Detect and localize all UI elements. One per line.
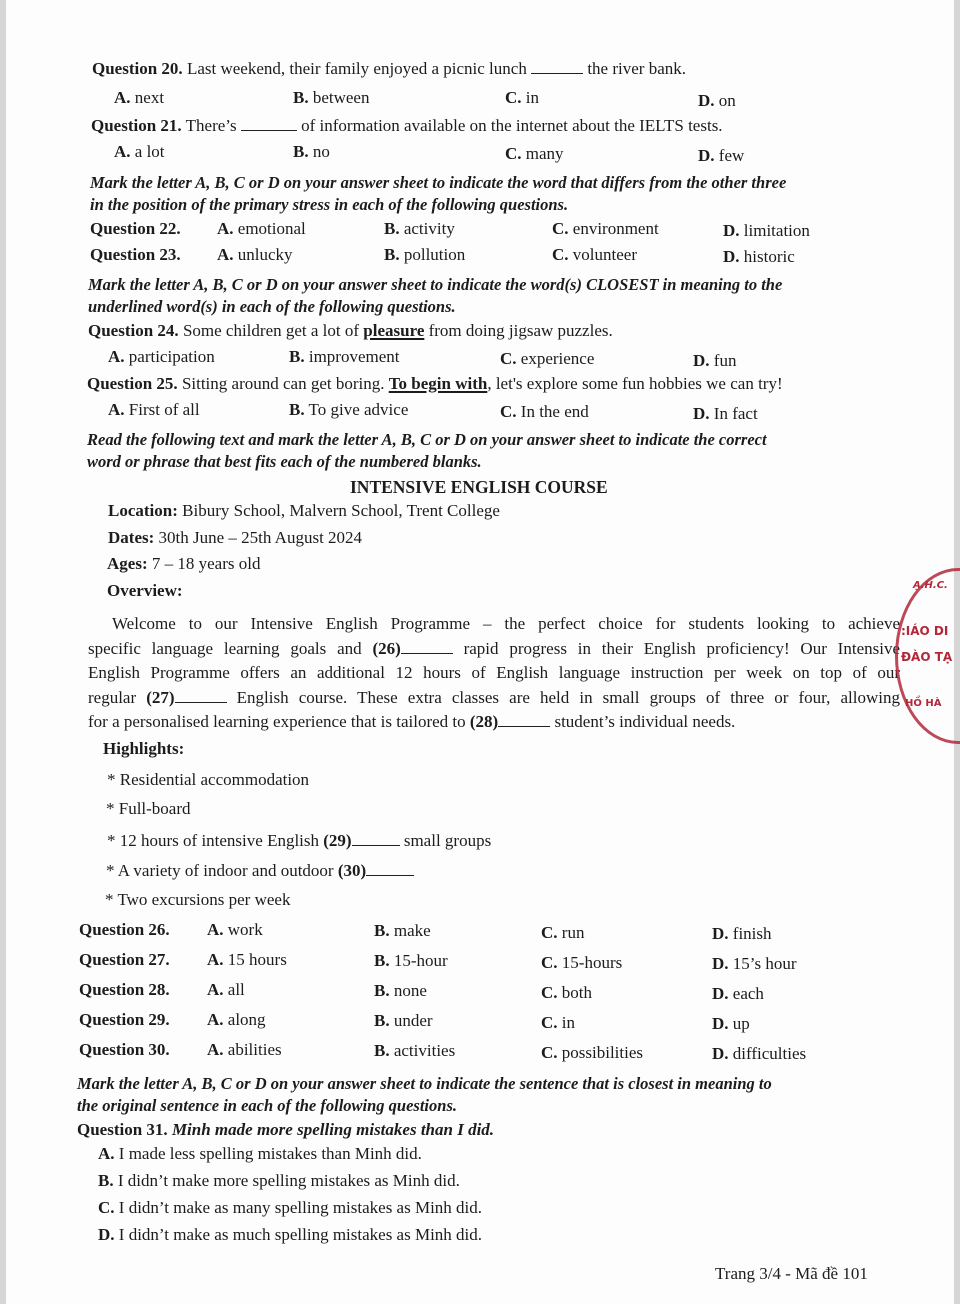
question-text: , let's explore some fun hobbies we can … <box>487 374 782 393</box>
question-label: Question 27. <box>79 950 170 970</box>
course-dates: Dates: 30th June – 25th August 2024 <box>108 528 362 548</box>
question-31: Question 31. Minh made more spelling mis… <box>77 1120 494 1140</box>
option-b: B. between <box>293 88 369 108</box>
question-28: Question 28.A. allB. noneC. bothD. each <box>6 980 954 1000</box>
option-b: B. activities <box>374 1041 455 1061</box>
option-a: A. I made less spelling mistakes than Mi… <box>98 1144 422 1164</box>
course-title: INTENSIVE ENGLISH COURSE <box>350 477 608 497</box>
option-b: B. pollution <box>384 245 465 265</box>
course-location: Location: Bibury School, Malvern School,… <box>108 501 500 521</box>
question-label: Question 31. <box>77 1120 168 1139</box>
option-d: D. up <box>712 1014 750 1034</box>
instruction-sentence: Mark the letter A, B, C or D on your ans… <box>77 1074 772 1116</box>
blank-number: (27) <box>146 688 174 707</box>
option-c: C. both <box>541 983 592 1003</box>
question-label: Question 28. <box>79 980 170 1000</box>
question-sentence: Minh made more spelling mistakes than I … <box>172 1120 494 1139</box>
answer-blank <box>241 116 297 131</box>
highlight-item: * Two excursions per week <box>105 890 290 910</box>
option-b: B. 15-hour <box>374 951 448 971</box>
blank-number: (29) <box>323 831 351 850</box>
question-20: Question 20. Last weekend, their family … <box>92 59 686 79</box>
option-c: C. experience <box>500 349 594 369</box>
option-c: C. in <box>505 88 539 108</box>
option-a: A. all <box>207 980 245 1000</box>
overview-line: for a personalised learning experience t… <box>88 710 900 735</box>
official-stamp: Ạ.H.C. :IÁO DI ĐÀO TẠ HỒ HÀ <box>895 568 960 738</box>
answer-blank <box>175 688 227 703</box>
instruction-stress: Mark the letter A, B, C or D on your ans… <box>90 173 786 215</box>
question-label: Question 24. <box>88 321 179 340</box>
option-b: B. none <box>374 981 427 1001</box>
question-text: from doing jigsaw puzzles. <box>429 321 613 340</box>
option-d: D. 15’s hour <box>712 954 797 974</box>
course-ages: Ages: 7 – 18 years old <box>107 554 260 574</box>
answer-blank <box>401 639 453 654</box>
overview-line: Welcome to our Intensive English Program… <box>88 612 900 637</box>
option-b: B. I didn’t make more spelling mistakes … <box>98 1171 460 1191</box>
question-27: Question 27.A. 15 hoursB. 15-hourC. 15-h… <box>6 950 954 970</box>
option-b: B. under <box>374 1011 433 1031</box>
option-a: A. unlucky <box>217 245 293 265</box>
question-29: Question 29.A. alongB. underC. inD. up <box>6 1010 954 1030</box>
instruction-closest: Mark the letter A, B, C or D on your ans… <box>88 275 782 317</box>
answer-blank <box>352 831 400 846</box>
option-d: D. finish <box>712 924 772 944</box>
overview-line: English Programme offers an additional 1… <box>88 661 900 686</box>
option-d: D. on <box>698 91 736 111</box>
question-label: Question 20. <box>92 59 183 78</box>
option-c: C. I didn’t make as many spelling mistak… <box>98 1198 482 1218</box>
blank-number: (26) <box>372 639 400 658</box>
question-label: Question 25. <box>87 374 178 393</box>
option-c: C. environment <box>552 219 659 239</box>
question-text: Some children get a lot of <box>183 321 359 340</box>
question-label: Question 23. <box>90 245 181 265</box>
overview-line: regular (27) English course. These extra… <box>88 686 900 711</box>
option-d: D. few <box>698 146 744 166</box>
option-a: A. First of all <box>108 400 200 420</box>
option-c: C. In the end <box>500 402 589 422</box>
option-b: B. activity <box>384 219 455 239</box>
instruction-reading: Read the following text and mark the let… <box>87 430 767 472</box>
answer-blank <box>366 861 414 876</box>
question-text: the river bank. <box>587 59 686 78</box>
exam-page: Question 20. Last weekend, their family … <box>6 0 954 1304</box>
highlight-item: * A variety of indoor and outdoor (30) <box>106 861 414 881</box>
question-label: Question 26. <box>79 920 170 940</box>
option-b: B. no <box>293 142 330 162</box>
option-d: D. historic <box>723 247 795 267</box>
question-20-options: A. next B. between C. in D. on <box>6 88 954 108</box>
option-c: C. volunteer <box>552 245 637 265</box>
option-a: A. 15 hours <box>207 950 287 970</box>
question-text: There’s <box>186 116 237 135</box>
option-c: C. 15-hours <box>541 953 622 973</box>
option-d: D. limitation <box>723 221 810 241</box>
highlight-item: * 12 hours of intensive English (29) sma… <box>107 831 491 851</box>
option-d: D. difficulties <box>712 1044 806 1064</box>
question-text: Sitting around can get boring. <box>182 374 385 393</box>
overview-line: specific language learning goals and (26… <box>88 637 900 662</box>
option-d: D. In fact <box>693 404 758 424</box>
option-b: B. To give advice <box>289 400 408 420</box>
option-d: D. each <box>712 984 764 1004</box>
option-a: A. emotional <box>217 219 306 239</box>
option-d: D. I didn’t make as much spelling mistak… <box>98 1225 482 1245</box>
question-22: Question 22. A. emotional B. activity C.… <box>6 219 954 239</box>
question-21: Question 21. There’s of information avai… <box>91 116 723 136</box>
overview-heading: Overview: <box>107 581 183 601</box>
blank-number: (30) <box>338 861 366 880</box>
highlight-item: * Residential accommodation <box>107 770 309 790</box>
option-a: A. participation <box>108 347 215 367</box>
question-21-options: A. a lot B. no C. many D. few <box>6 142 954 162</box>
option-d: D. fun <box>693 351 736 371</box>
option-a: A. a lot <box>114 142 165 162</box>
highlight-item: * Full-board <box>106 799 191 819</box>
question-26: Question 26.A. workB. makeC. runD. finis… <box>6 920 954 940</box>
question-label: Question 30. <box>79 1040 170 1060</box>
question-24-options: A. participation B. improvement C. exper… <box>6 347 954 367</box>
question-label: Question 29. <box>79 1010 170 1030</box>
highlights-heading: Highlights: <box>103 739 184 759</box>
underlined-phrase: To begin with <box>389 374 488 393</box>
option-a: A. work <box>207 920 263 940</box>
option-a: A. along <box>207 1010 266 1030</box>
question-text: of information available on the internet… <box>301 116 722 135</box>
underlined-word: pleasure <box>363 321 424 340</box>
option-a: A. next <box>114 88 164 108</box>
question-23: Question 23. A. unlucky B. pollution C. … <box>6 245 954 265</box>
answer-blank <box>531 59 583 74</box>
page-footer: Trang 3/4 - Mã đề 101 <box>715 1264 868 1284</box>
blank-number: (28) <box>470 712 498 731</box>
option-c: C. run <box>541 923 584 943</box>
option-b: B. make <box>374 921 431 941</box>
question-30: Question 30.A. abilitiesB. activitiesC. … <box>6 1040 954 1060</box>
answer-blank <box>498 712 550 727</box>
option-c: C. in <box>541 1013 575 1033</box>
option-b: B. improvement <box>289 347 400 367</box>
question-label: Question 22. <box>90 219 181 239</box>
option-a: A. abilities <box>207 1040 282 1060</box>
question-25: Question 25. Sitting around can get bori… <box>87 374 783 394</box>
question-24: Question 24. Some children get a lot of … <box>88 321 613 341</box>
option-c: C. many <box>505 144 564 164</box>
option-c: C. possibilities <box>541 1043 643 1063</box>
question-text: Last weekend, their family enjoyed a pic… <box>187 59 527 78</box>
overview-paragraph: Welcome to our Intensive English Program… <box>88 612 900 735</box>
question-25-options: A. First of all B. To give advice C. In … <box>6 400 954 420</box>
question-label: Question 21. <box>91 116 182 135</box>
